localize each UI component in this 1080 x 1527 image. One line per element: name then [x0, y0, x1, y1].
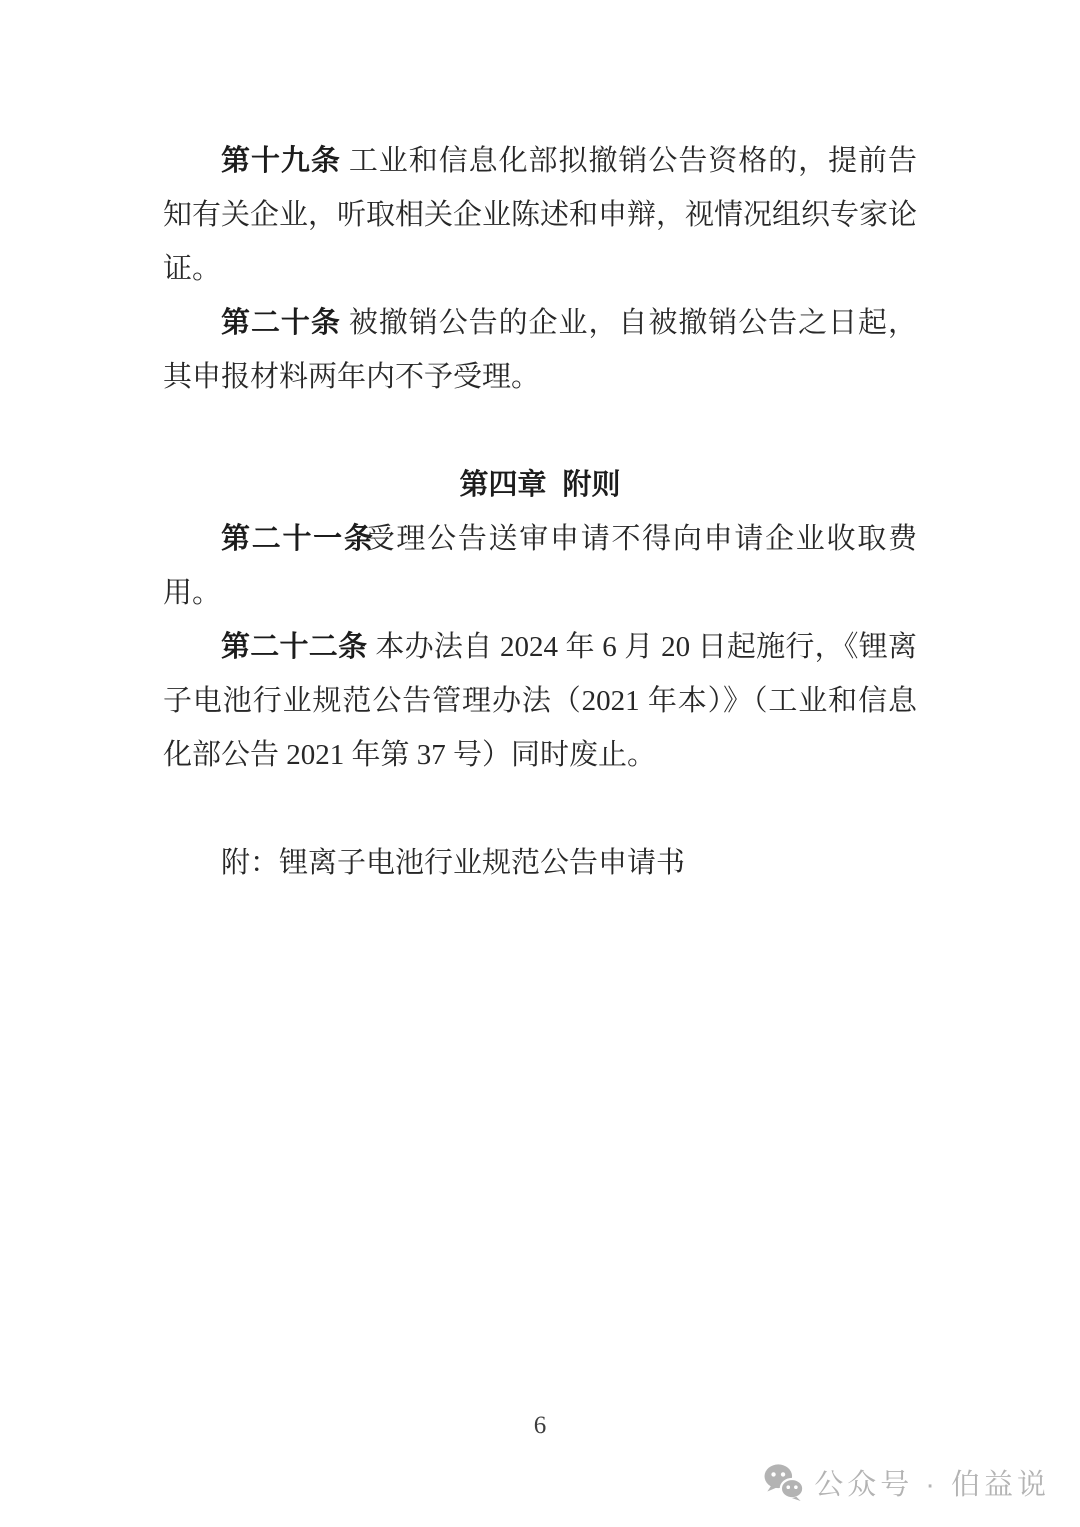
wechat-icon	[763, 1463, 805, 1501]
wechat-account-label: 公众号 · 伯益说	[814, 1462, 1050, 1503]
chapter-4-heading: 第四章 附则	[163, 458, 917, 512]
wechat-account-badge: 公众号 · 伯益说	[763, 1461, 1050, 1503]
document-page: 第十九条工业和信息化部拟撤销公告资格的，提前告知有关企业，听取相关企业陈述和申辩…	[0, 0, 1080, 1527]
article-21-paragraph: 第二十一条受理公告送审申请不得向申请企业收取费用。	[163, 512, 917, 620]
article-19-paragraph: 第十九条工业和信息化部拟撤销公告资格的，提前告知有关企业，听取相关企业陈述和申辩…	[163, 134, 917, 296]
article-21-number: 第二十一条	[221, 523, 375, 555]
page-number: 6	[0, 1412, 1080, 1439]
article-20-paragraph: 第二十条被撤销公告的企业，自被撤销公告之日起，其申报材料两年内不予受理。	[163, 296, 917, 404]
article-22-paragraph: 第二十二条本办法自 2024 年 6 月 20 日起施行，《锂离子电池行业规范公…	[163, 620, 917, 782]
article-22-number: 第二十二条	[221, 631, 367, 663]
article-20-number: 第二十条	[221, 307, 341, 339]
article-19-number: 第十九条	[221, 145, 341, 177]
document-body: 第十九条工业和信息化部拟撤销公告资格的，提前告知有关企业，听取相关企业陈述和申辩…	[163, 134, 917, 890]
attachment-line: 附：锂离子电池行业规范公告申请书	[163, 836, 917, 890]
